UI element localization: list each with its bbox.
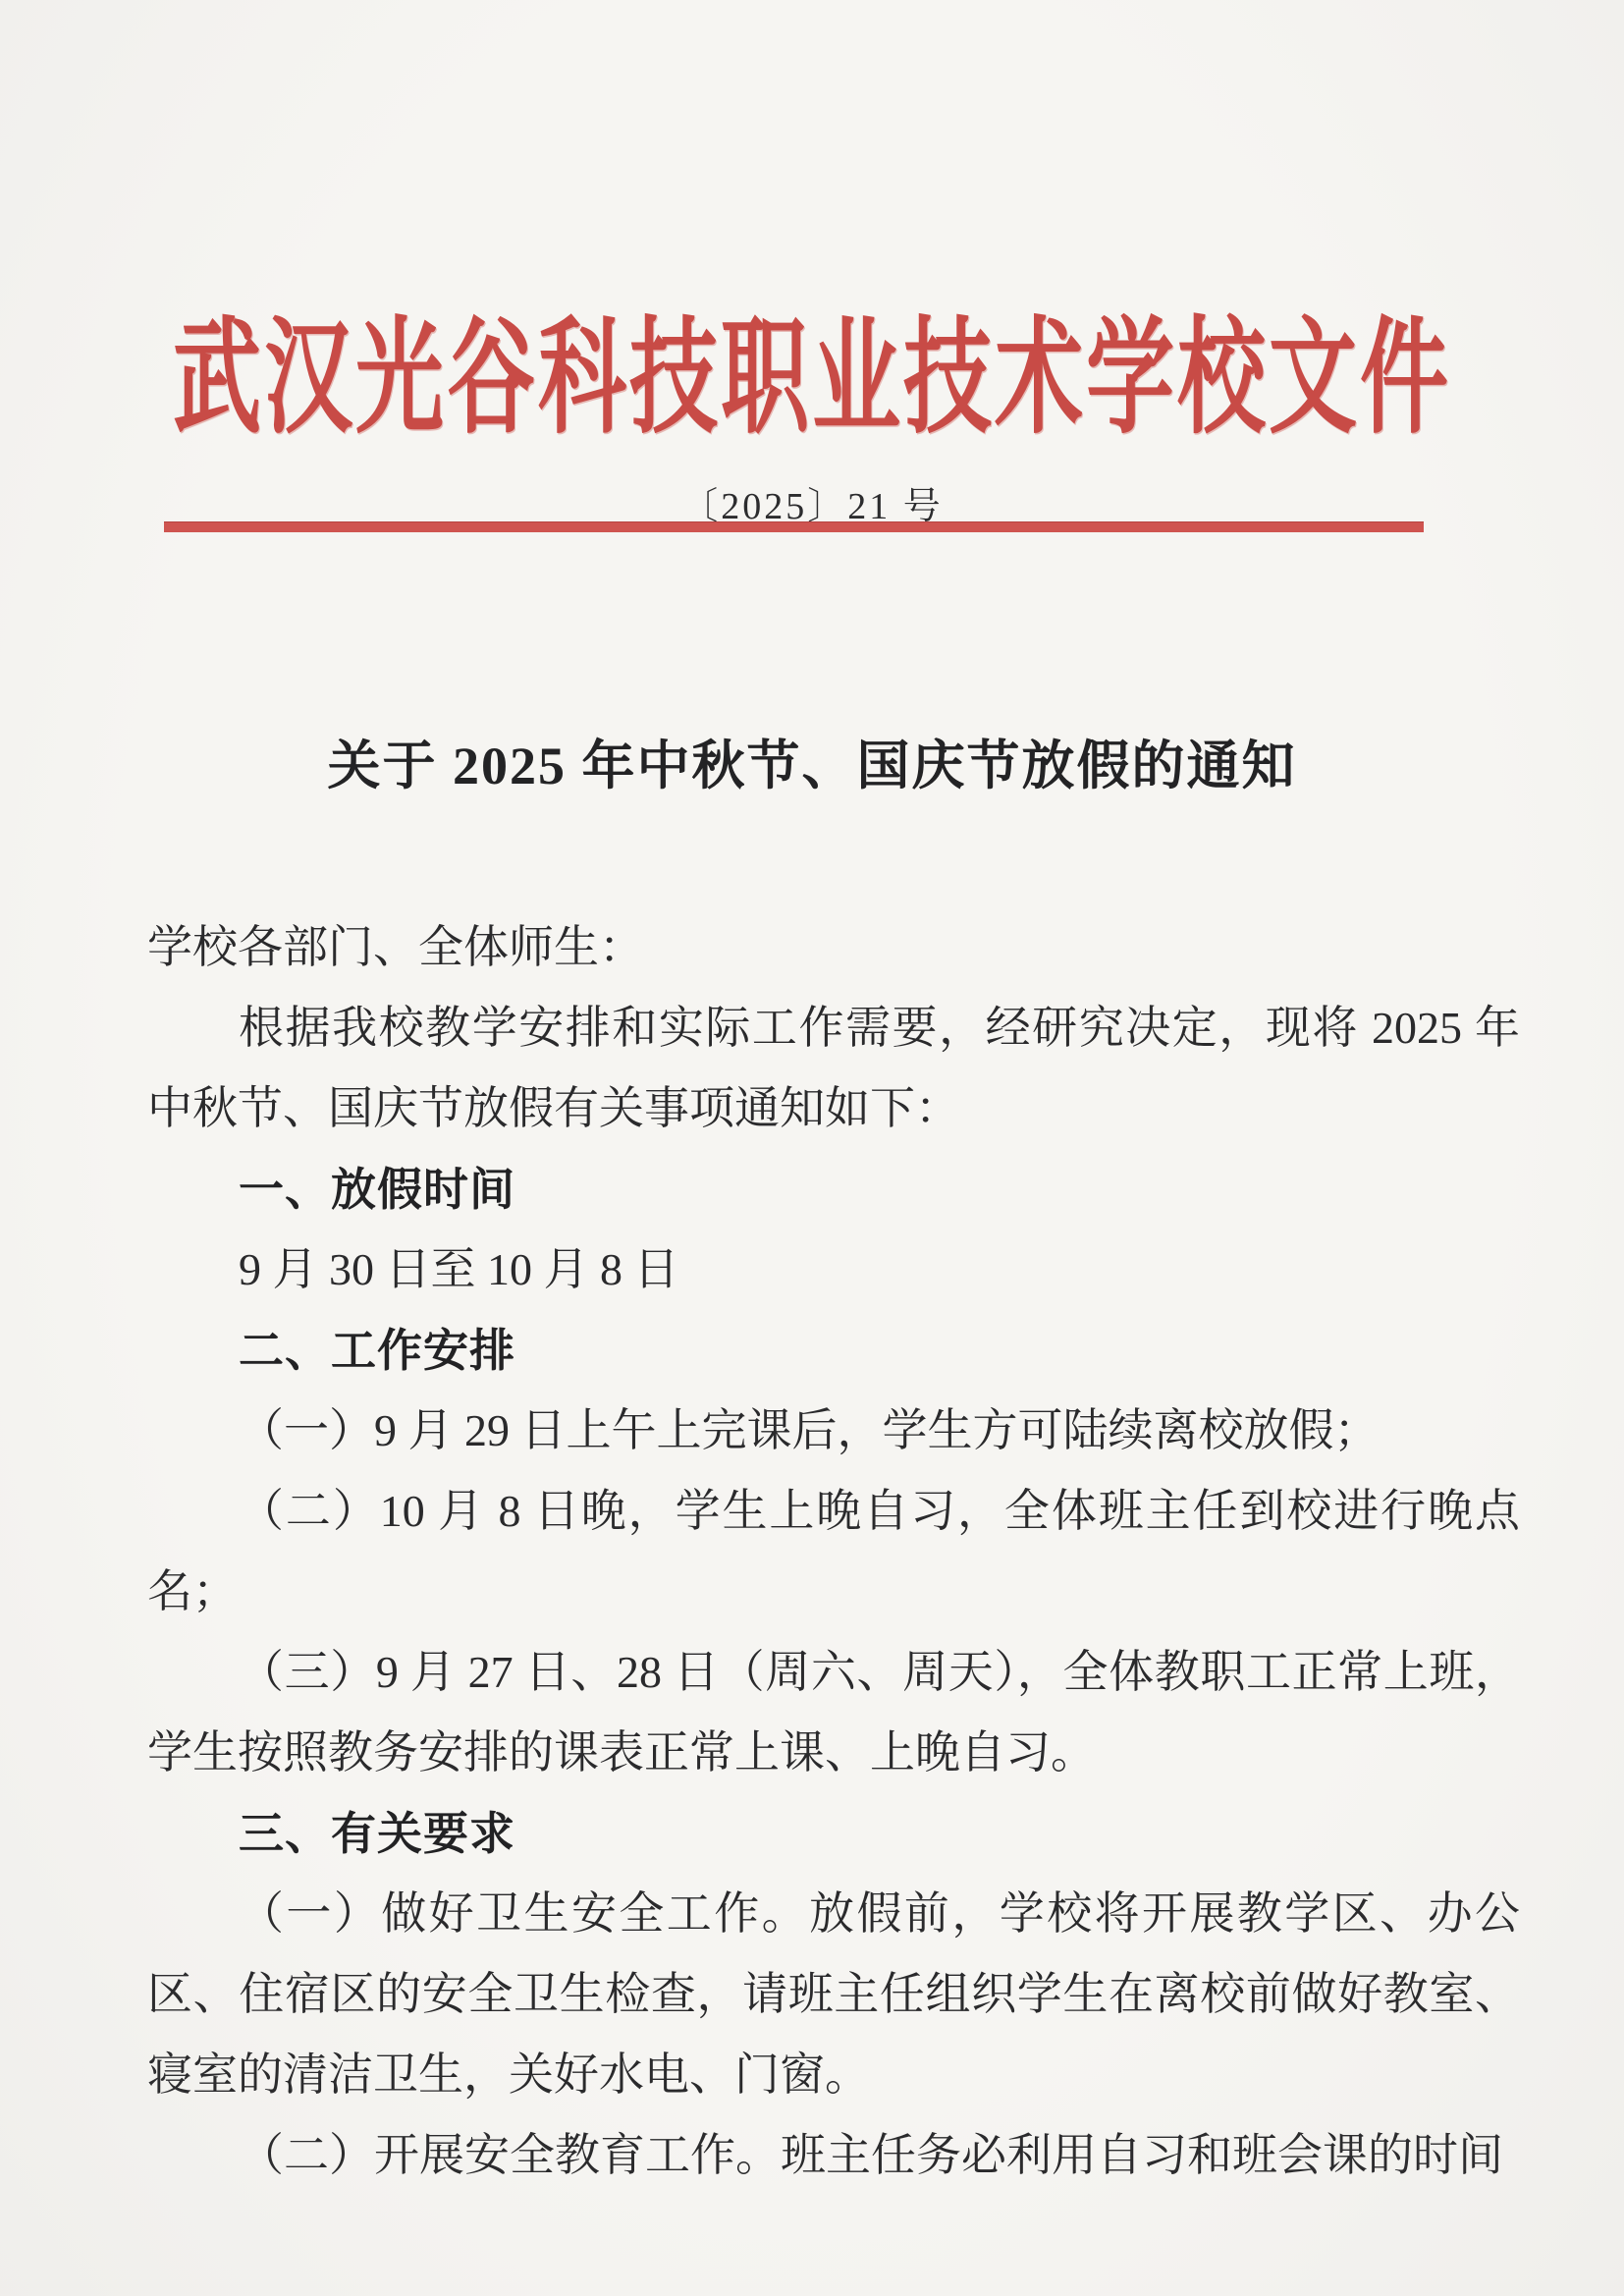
section-heading-work-arrangement: 二、工作安排 [147, 1310, 1520, 1391]
work-arrangement-item-2: （二）10 月 8 日晚，学生上晚自习，全体班主任到校进行晚点名； [147, 1471, 1520, 1632]
scanned-document-page: 武汉光谷科技职业技术学校文件 〔2025〕21 号 关于 2025 年中秋节、国… [0, 0, 1624, 2296]
salutation: 学校各部门、全体师生： [147, 907, 1520, 988]
document-header-org-title: 武汉光谷科技职业技术学校文件 [0, 276, 1624, 458]
notice-title: 关于 2025 年中秋节、国庆节放假的通知 [0, 724, 1624, 799]
requirements-item-1: （一）做好卫生安全工作。放假前，学校将开展教学区、办公区、住宿区的安全卫生检查，… [147, 1874, 1520, 2115]
section-heading-holiday-time: 一、放假时间 [147, 1149, 1520, 1230]
notice-body: 学校各部门、全体师生： 根据我校教学安排和实际工作需要，经研究决定，现将 202… [147, 907, 1520, 2196]
intro-paragraph: 根据我校教学安排和实际工作需要，经研究决定，现将 2025 年中秋节、国庆节放假… [147, 988, 1520, 1149]
holiday-date-range: 9 月 30 日至 10 月 8 日 [147, 1230, 1520, 1310]
requirements-item-2: （二）开展安全教育工作。班主任务必利用自习和班会课的时间 [147, 2115, 1520, 2196]
work-arrangement-item-1: （一）9 月 29 日上午上完课后，学生方可陆续离校放假； [147, 1391, 1520, 1471]
header-divider-line [164, 521, 1424, 532]
section-heading-requirements: 三、有关要求 [147, 1793, 1520, 1874]
work-arrangement-item-3: （三）9 月 27 日、28 日（周六、周天），全体教职工正常上班，学生按照教务… [147, 1632, 1520, 1793]
